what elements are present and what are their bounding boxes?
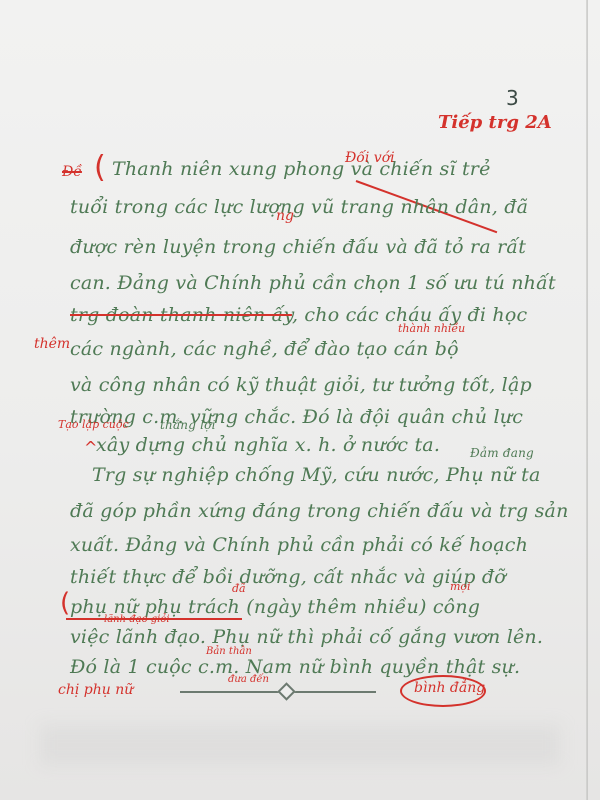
insert-lanh-dao-gioi: lãnh đạo giỏi — [104, 614, 170, 625]
phu-nu-bracket: ( — [60, 588, 70, 618]
insert-thang-loi: thắng lợi — [160, 418, 216, 432]
insert-dam-dang: Đảm đang — [470, 446, 534, 460]
handwritten-line-9: xây dựng chủ nghĩa x. h. ở nước ta. — [96, 434, 440, 456]
handwritten-line-7: và công nhân có kỹ thuật giỏi, tư tưởng … — [70, 374, 532, 396]
handwritten-line-2: tuổi trong các lực lượng vũ trang nhân d… — [70, 196, 528, 218]
insert-dua-den: đưa đến — [228, 674, 269, 685]
handwritten-line-13: thiết thực để bồi dưỡng, cất nhắc và giú… — [70, 566, 506, 588]
struck-prefix: Đề — [62, 164, 82, 180]
handwritten-line-10: Trg sự nghiệp chống Mỹ, cứu nước, Phụ nữ… — [92, 464, 541, 486]
page-number: 3 — [506, 86, 519, 110]
handwritten-line-1: Thanh niên xung phong và chiến sĩ trẻ — [112, 158, 491, 180]
handwritten-line-15: việc lãnh đạo. Phụ nữ thì phải cố gắng v… — [70, 626, 543, 648]
handwritten-line-12: xuất. Đảng và Chính phủ cần phải có kế h… — [70, 534, 528, 556]
footer-binh-dang: bình đẳng — [414, 680, 485, 696]
handwritten-line-8: trường c.m. vững chắc. Đó là đội quân ch… — [70, 406, 523, 428]
footer-chi-phu-nu: chị phụ nữ — [58, 682, 133, 698]
manuscript-page: 3 Tiếp trg 2A Đề ( Thanh niên xung phong… — [0, 0, 600, 800]
handwritten-line-11: đã góp phần xứng đáng trong chiến đấu và… — [70, 500, 569, 522]
insert-moi: mọi — [450, 580, 471, 593]
margin-them: thêm — [34, 336, 70, 352]
insert-thanh-nhieu: thành nhiều — [398, 322, 465, 335]
divider-diamond — [277, 682, 295, 700]
insert-da: đã — [232, 582, 246, 595]
struck-phrase: trg đoàn thanh niên ấy — [70, 304, 292, 326]
handwritten-line-4: can. Đảng và Chính phủ cần chọn 1 số ưu … — [70, 272, 556, 294]
handwritten-line-6: các ngành, các nghề, để đào tạo cán bộ — [70, 338, 459, 360]
insert-doi-voi: Đối với — [345, 150, 395, 166]
page-label: Tiếp trg 2A — [438, 112, 552, 133]
handwritten-line-3: được rèn luyện trong chiến đấu và đã tỏ … — [70, 236, 526, 258]
insert-ng: ng — [276, 208, 294, 224]
line-1-text: Thanh niên xung phong — [112, 158, 344, 180]
margin-tao-lap-cuoc: Tạo lập cuộc — [58, 418, 129, 431]
open-bracket: ( — [94, 150, 106, 185]
paper-shadow — [40, 725, 560, 765]
page-edge — [586, 0, 588, 800]
